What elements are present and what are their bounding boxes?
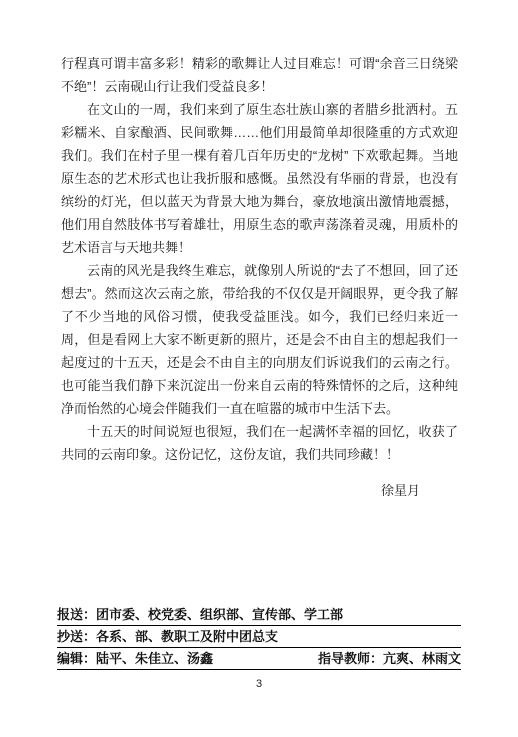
- report-to-text: 报送：团市委、校党委、组织部、宣传部、学工部: [57, 607, 343, 622]
- paragraph-4: 十五天的时间说短也很短，我们在一起满怀幸福的回忆，收获了共同的云南印象。这份记忆…: [61, 420, 458, 466]
- advisors-text: 指导教师：亢爽、林雨文: [318, 648, 461, 669]
- copy-to-row: 抄送：各系、部、教职工及附中团总支: [57, 626, 461, 648]
- article-body: 行程真可谓丰富多彩！精彩的歌舞让人过目难忘！可谓“余音三日绕梁不绝”！云南砚山行…: [61, 52, 458, 502]
- author-signature: 徐星月: [61, 479, 458, 502]
- editors-text: 编辑：陆平、朱佳立、汤鑫: [57, 648, 213, 669]
- editors-row: 编辑：陆平、朱佳立、汤鑫 指导教师：亢爽、林雨文: [57, 648, 461, 670]
- copy-to-text: 抄送：各系、部、教职工及附中团总支: [57, 629, 278, 644]
- page-number: 3: [0, 678, 518, 690]
- distribution-footer: 报送：团市委、校党委、组织部、宣传部、学工部 抄送：各系、部、教职工及附中团总支…: [57, 604, 461, 670]
- report-to-row: 报送：团市委、校党委、组织部、宣传部、学工部: [57, 604, 461, 626]
- paragraph-3: 云南的风光是我终生难忘，就像别人所说的“去了不想回，回了还想去”。然而这次云南之…: [61, 259, 458, 420]
- document-page: 行程真可谓丰富多彩！精彩的歌舞让人过目难忘！可谓“余音三日绕梁不绝”！云南砚山行…: [0, 0, 518, 737]
- paragraph-1: 行程真可谓丰富多彩！精彩的歌舞让人过目难忘！可谓“余音三日绕梁不绝”！云南砚山行…: [61, 52, 458, 98]
- paragraph-2: 在文山的一周，我们来到了原生态壮族山寨的者腊乡批洒村。五彩糯米、自家酿酒、民间歌…: [61, 98, 458, 259]
